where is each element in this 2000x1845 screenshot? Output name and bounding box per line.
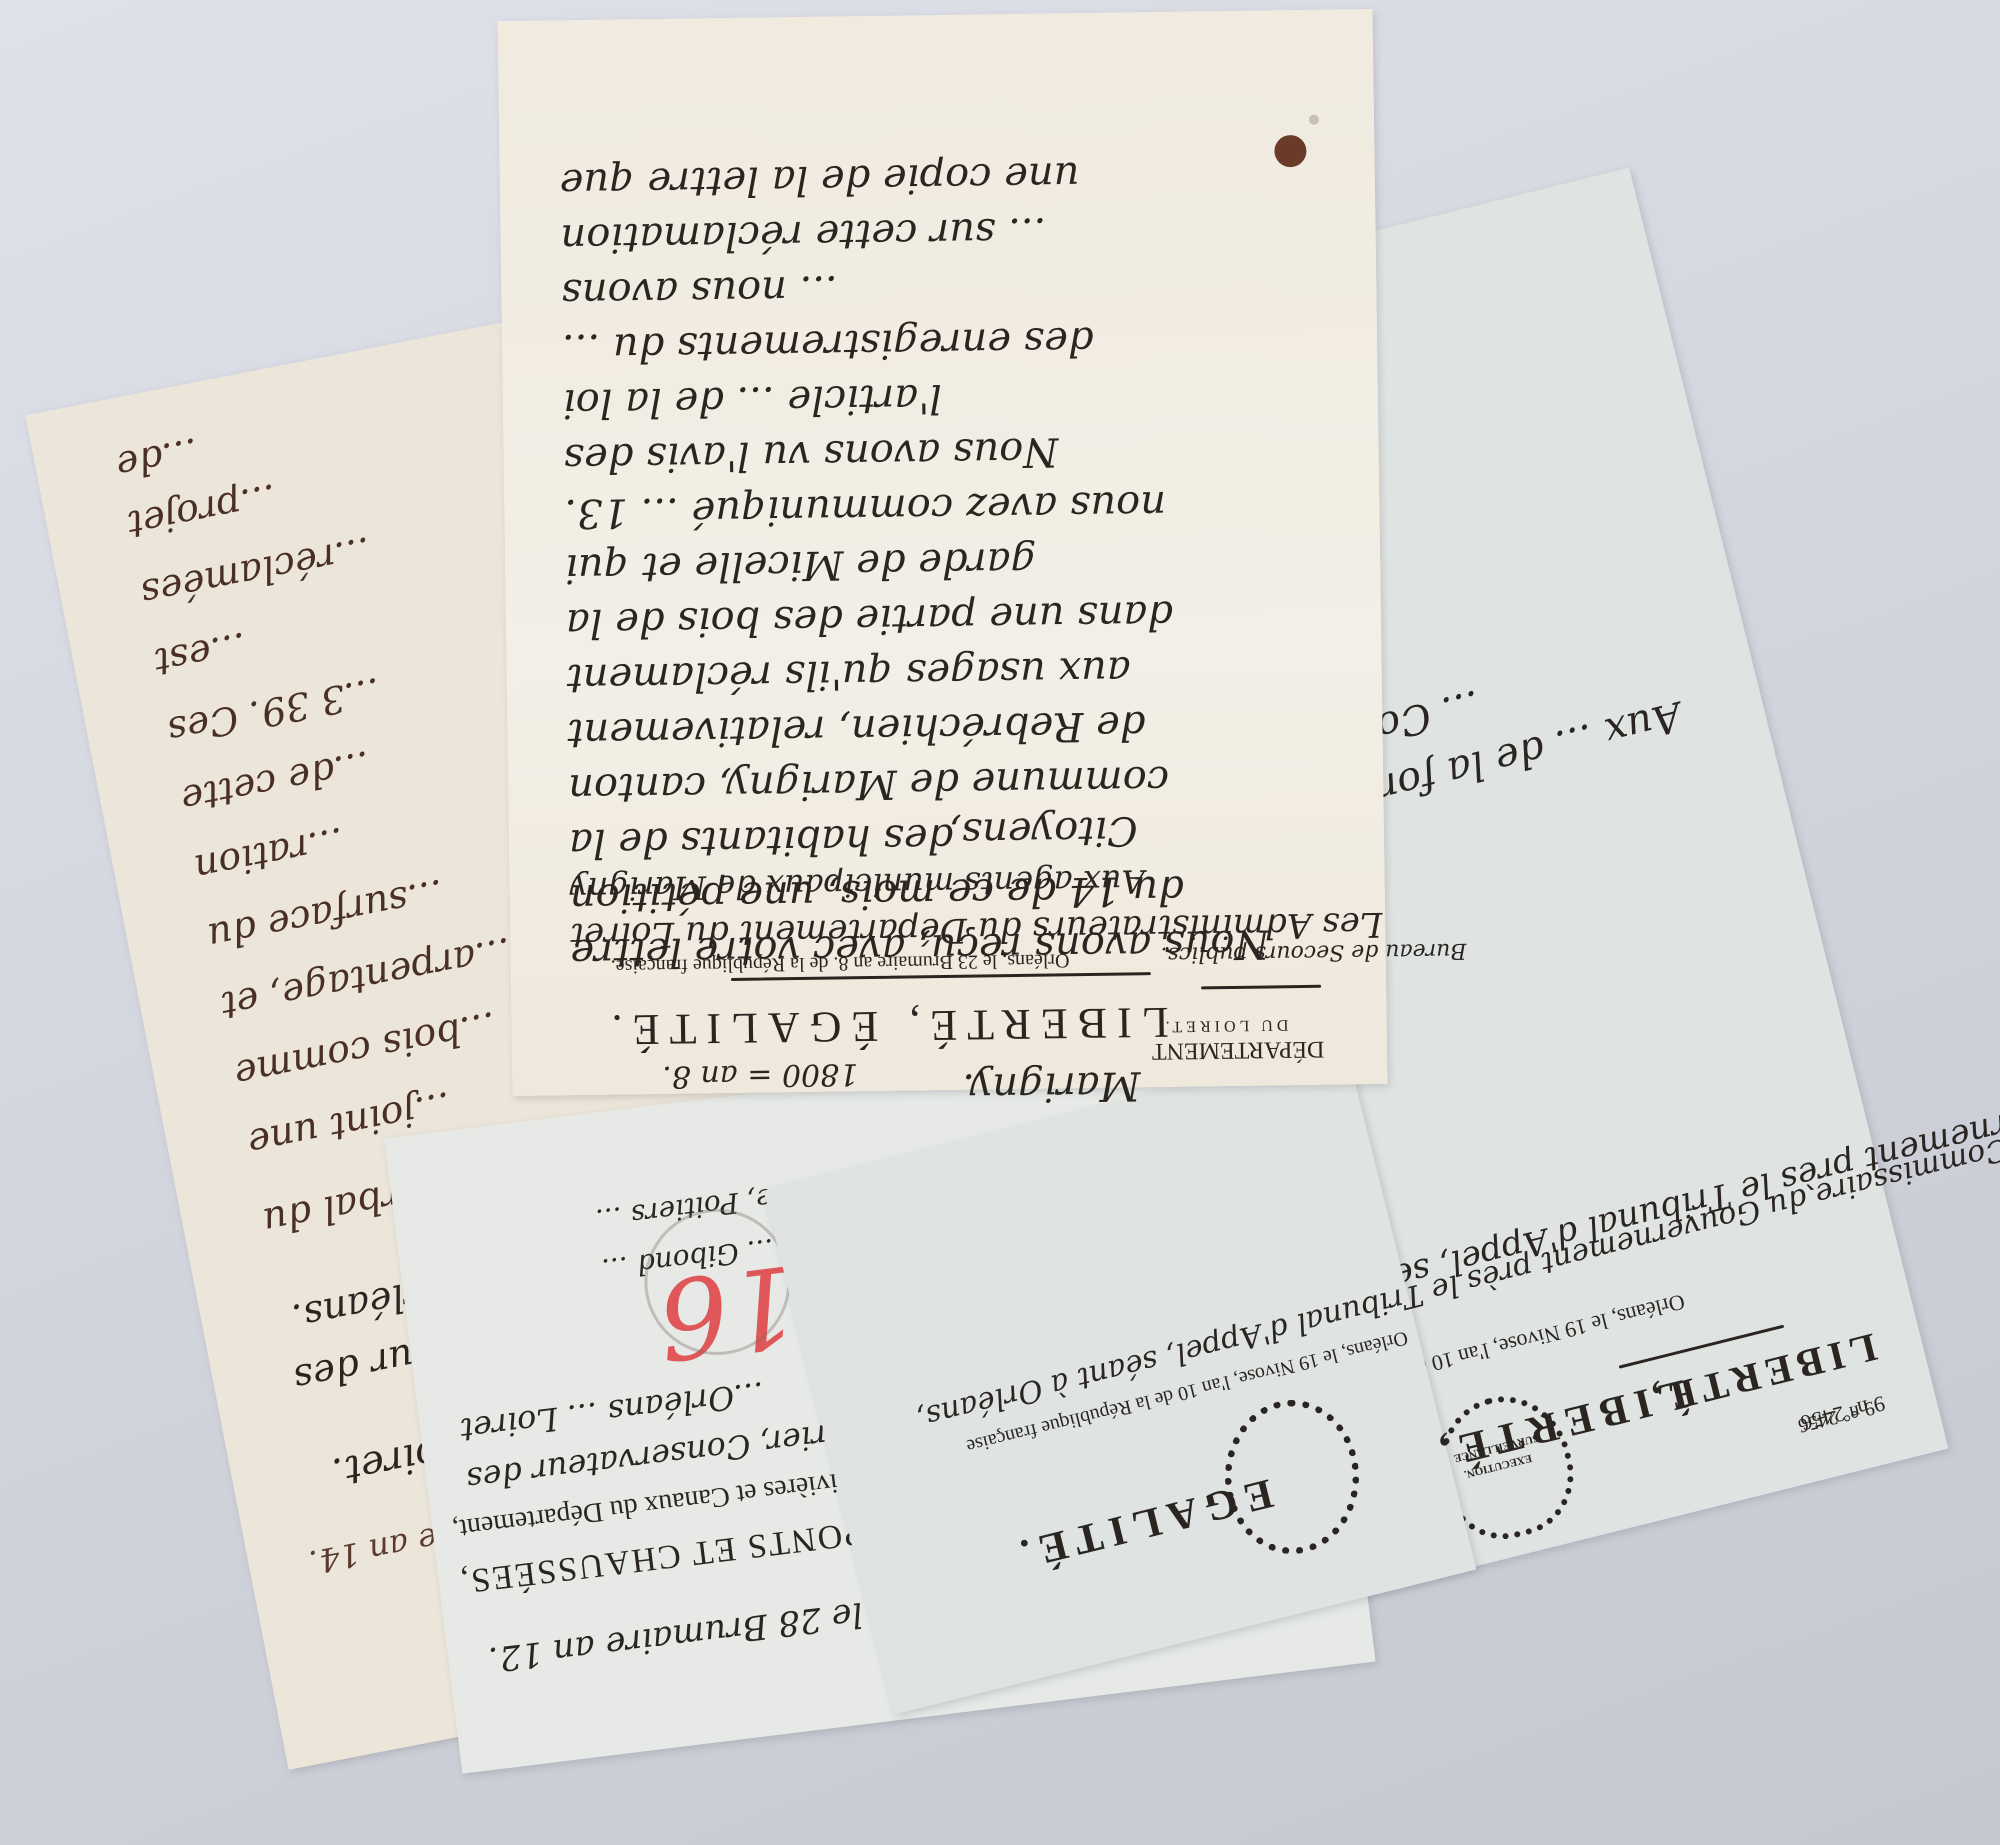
salutation: Citoyens, — [949, 807, 1138, 856]
punch-hole — [1309, 115, 1319, 125]
body-line: de Rebréchien, relativement — [567, 702, 1146, 756]
ink-blot — [1274, 135, 1306, 167]
body-line: garde de Micelle et qui — [565, 539, 1037, 592]
body-line: des enregistrements du ... — [562, 318, 1094, 371]
brown-letter-line: ...de — [113, 429, 203, 488]
wreath-seal-icon — [1225, 1400, 1359, 1554]
brown-letter-line: ...réclamées — [137, 528, 375, 616]
body-line: ... nous avons — [561, 266, 838, 316]
body-line: l'article ... de la loi — [563, 375, 943, 426]
bureau-label: Bureau de Secours publics. — [1160, 938, 1466, 967]
brown-letter-line: ...ration — [191, 819, 348, 891]
place-note: Marigny. — [962, 1062, 1141, 1110]
top-letter: une copie de la lettre que ... sur cette… — [498, 9, 1388, 1096]
brown-letter-line: ...de cette — [178, 742, 375, 822]
department: DÉPARTEMENT — [1152, 1035, 1325, 1064]
body-line: Nous avons vu l'avis des — [563, 428, 1058, 481]
header-rule — [1201, 985, 1321, 990]
department-sub: DU LOIRET. — [1162, 1015, 1289, 1035]
body-line: commune de Marigny, canton — [568, 757, 1170, 811]
year-note: 1800 = an 8. — [662, 1056, 858, 1094]
addressee: Aux agents municipaux de Marigny — [569, 862, 1144, 908]
body-line: nous avez communiqué ... 13. — [564, 482, 1166, 536]
body-line: dans une partie des bois de la — [566, 592, 1174, 646]
brown-letter-line: ...est — [151, 624, 251, 685]
brown-letter-line: ...projet — [124, 475, 281, 547]
body-line: ... sur cette réclamation — [560, 209, 1047, 262]
body-line: aux usages qu'ils réclament — [566, 647, 1131, 701]
body-line: des habitants de la — [569, 815, 954, 866]
brown-letter-line: ...surface du — [204, 871, 448, 960]
brown-letter-line: ...3 39. Ces — [164, 669, 385, 753]
body-line: une copie de la lettre que — [559, 153, 1079, 206]
motto: LIBERTÉ, ÉGALITÉ. — [601, 997, 1169, 1056]
